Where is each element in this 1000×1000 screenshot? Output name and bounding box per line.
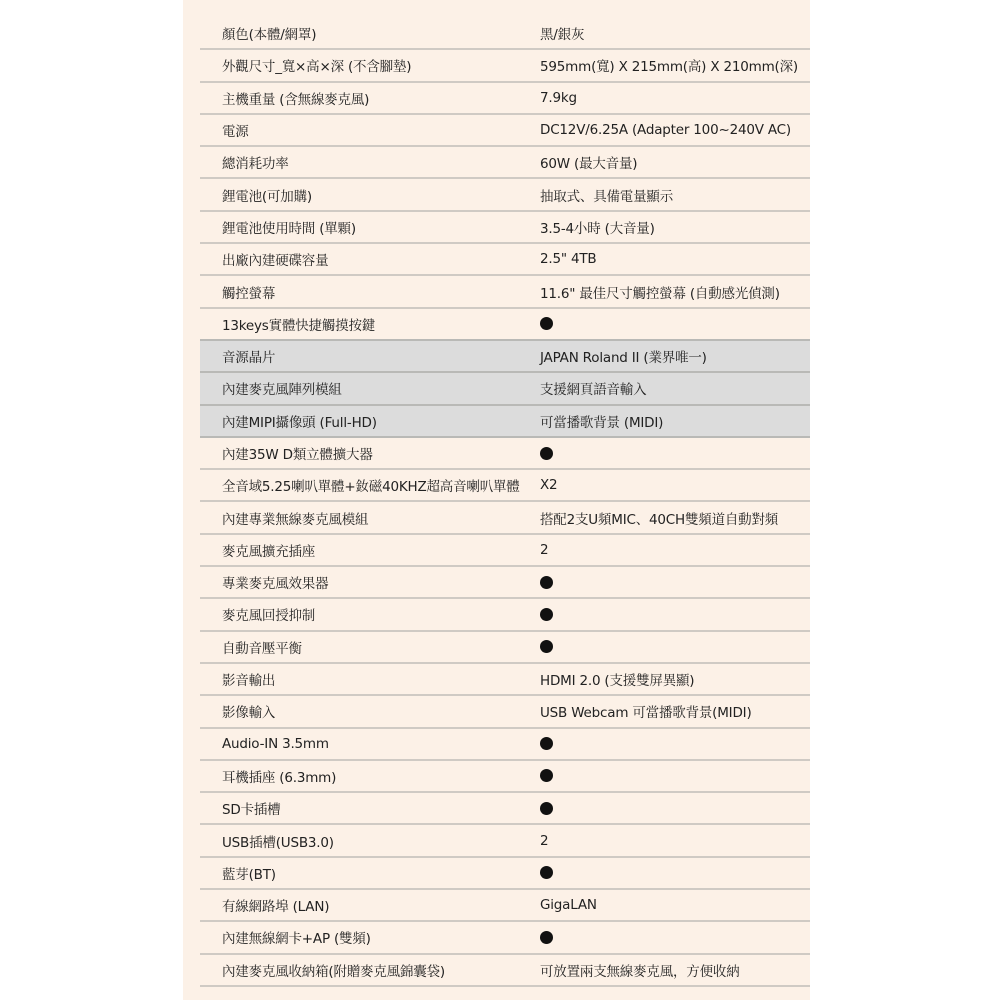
spec-value (540, 316, 810, 332)
supported-dot-icon (540, 576, 553, 589)
spec-label: 總消耗功率 (200, 152, 540, 172)
spec-value: 595mm(寬) X 215mm(高) X 210mm(深) (540, 55, 810, 75)
spec-label: 內建35W D類立體擴大器 (200, 443, 540, 463)
spec-row: 耳機插座 (6.3mm) (200, 761, 810, 793)
supported-dot-icon (540, 640, 553, 653)
spec-value: DC12V/6.25A (Adapter 100~240V AC) (540, 122, 810, 138)
spec-row: 內建麥克風陣列模組支援網頁語音輸入 (200, 373, 810, 405)
spec-value: 60W (最大音量) (540, 152, 810, 172)
spec-row: 總消耗功率60W (最大音量) (200, 147, 810, 179)
spec-label: 觸控螢幕 (200, 282, 540, 302)
spec-value: 可放置兩支無線麥克風，方便收納 (540, 960, 810, 980)
spec-label: 麥克風擴充插座 (200, 540, 540, 560)
spec-row: 專業麥克風效果器 (200, 567, 810, 599)
spec-label: 全音域5.25喇叭單體+釹磁40KHZ超高音喇叭單體 (200, 475, 540, 495)
spec-row: Audio-IN 3.5mm (200, 729, 810, 761)
spec-row: 鋰電池(可加購)抽取式、具備電量顯示 (200, 179, 810, 211)
spec-value: X2 (540, 477, 810, 493)
spec-value (540, 800, 810, 816)
supported-dot-icon (540, 866, 553, 879)
spec-row: 出廠內建硬碟容量2.5" 4TB (200, 244, 810, 276)
spec-row: 內建35W D類立體擴大器 (200, 438, 810, 470)
spec-label: Audio-IN 3.5mm (200, 736, 540, 752)
spec-label: 影音輸出 (200, 669, 540, 689)
spec-value (540, 929, 810, 945)
spec-value (540, 865, 810, 881)
spec-row: 觸控螢幕11.6" 最佳尺寸觸控螢幕 (自動感光偵測) (200, 276, 810, 308)
supported-dot-icon (540, 317, 553, 330)
supported-dot-icon (540, 769, 553, 782)
spec-label: SD卡插槽 (200, 798, 540, 818)
spec-label: 出廠內建硬碟容量 (200, 249, 540, 269)
spec-row: 自動音壓平衡 (200, 632, 810, 664)
spec-label: 電源 (200, 120, 540, 140)
spec-label: 13keys實體快捷觸摸按鍵 (200, 314, 540, 334)
spec-value: 2 (540, 833, 810, 849)
spec-row: 內建麥克風收納箱(附贈麥克風錦囊袋)可放置兩支無線麥克風，方便收納 (200, 955, 810, 987)
spec-value: 11.6" 最佳尺寸觸控螢幕 (自動感光偵測) (540, 282, 810, 302)
spec-value (540, 606, 810, 622)
spec-row: 電源DC12V/6.25A (Adapter 100~240V AC) (200, 115, 810, 147)
spec-row: 鋰電池使用時間 (單顆)3.5-4小時 (大音量) (200, 212, 810, 244)
spec-label: 內建無線網卡+AP (雙頻) (200, 927, 540, 947)
spec-row: 主機重量 (含無線麥克風)7.9kg (200, 83, 810, 115)
spec-value: 搭配2支U頻MIC、40CH雙頻道自動對頻 (540, 508, 810, 528)
spec-row: 音源晶片JAPAN Roland II (業界唯一) (200, 339, 810, 373)
spec-row: 有線網路埠 (LAN)GigaLAN (200, 890, 810, 922)
spec-value: HDMI 2.0 (支援雙屏異顯) (540, 669, 810, 689)
spec-row: 13keys實體快捷觸摸按鍵 (200, 309, 810, 341)
spec-label: 內建麥克風收納箱(附贈麥克風錦囊袋) (200, 960, 540, 980)
supported-dot-icon (540, 802, 553, 815)
spec-value: 3.5-4小時 (大音量) (540, 217, 810, 237)
supported-dot-icon (540, 931, 553, 944)
spec-value: 支援網頁語音輸入 (540, 378, 810, 398)
spec-row: 影像輸入USB Webcam 可當播歌背景(MIDI) (200, 696, 810, 728)
supported-dot-icon (540, 608, 553, 621)
spec-row: 影音輸出HDMI 2.0 (支援雙屏異顯) (200, 664, 810, 696)
spec-value: 可當播歌背景 (MIDI) (540, 411, 810, 431)
spec-label: 鋰電池使用時間 (單顆) (200, 217, 540, 237)
spec-row: 麥克風回授抑制 (200, 599, 810, 631)
spec-label: 影像輸入 (200, 701, 540, 721)
spec-label: 藍芽(BT) (200, 863, 540, 883)
spec-row: 麥克風擴充插座2 (200, 535, 810, 567)
spec-value (540, 574, 810, 590)
spec-value: 黑/銀灰 (540, 23, 810, 43)
spec-row: 內建無線網卡+AP (雙頻) (200, 922, 810, 954)
spec-value: 抽取式、具備電量顯示 (540, 185, 810, 205)
spec-value: 7.9kg (540, 90, 810, 106)
spec-label: 音源晶片 (200, 346, 540, 366)
spec-label: USB插槽(USB3.0) (200, 831, 540, 851)
spec-label: 有線網路埠 (LAN) (200, 895, 540, 915)
spec-table: 顏色(本體/網罩)黑/銀灰外觀尺寸_寬×高×深 (不含腳墊)595mm(寬) X… (200, 18, 810, 987)
spec-label: 鋰電池(可加購) (200, 185, 540, 205)
spec-label: 自動音壓平衡 (200, 637, 540, 657)
spec-row: USB插槽(USB3.0)2 (200, 825, 810, 857)
spec-row: 內建MIPI攝像頭 (Full-HD)可當播歌背景 (MIDI) (200, 406, 810, 438)
spec-value: USB Webcam 可當播歌背景(MIDI) (540, 701, 810, 721)
spec-label: 麥克風回授抑制 (200, 604, 540, 624)
spec-value: GigaLAN (540, 897, 810, 913)
spec-label: 專業麥克風效果器 (200, 572, 540, 592)
spec-row: 全音域5.25喇叭單體+釹磁40KHZ超高音喇叭單體X2 (200, 470, 810, 502)
spec-row: 內建專業無線麥克風模組搭配2支U頻MIC、40CH雙頻道自動對頻 (200, 502, 810, 534)
spec-label: 主機重量 (含無線麥克風) (200, 88, 540, 108)
spec-value: JAPAN Roland II (業界唯一) (540, 346, 810, 366)
spec-row: 顏色(本體/網罩)黑/銀灰 (200, 18, 810, 50)
spec-row: 藍芽(BT) (200, 858, 810, 890)
spec-label: 內建專業無線麥克風模組 (200, 508, 540, 528)
spec-value (540, 639, 810, 655)
supported-dot-icon (540, 737, 553, 750)
spec-label: 耳機插座 (6.3mm) (200, 766, 540, 786)
spec-value: 2 (540, 542, 810, 558)
spec-value (540, 768, 810, 784)
spec-value: 2.5" 4TB (540, 251, 810, 267)
supported-dot-icon (540, 447, 553, 460)
spec-label: 內建MIPI攝像頭 (Full-HD) (200, 411, 540, 431)
spec-row: 外觀尺寸_寬×高×深 (不含腳墊)595mm(寬) X 215mm(高) X 2… (200, 50, 810, 82)
spec-label: 顏色(本體/網罩) (200, 23, 540, 43)
spec-row: SD卡插槽 (200, 793, 810, 825)
spec-value (540, 445, 810, 461)
spec-label: 外觀尺寸_寬×高×深 (不含腳墊) (200, 55, 540, 75)
spec-value (540, 736, 810, 752)
spec-label: 內建麥克風陣列模組 (200, 378, 540, 398)
